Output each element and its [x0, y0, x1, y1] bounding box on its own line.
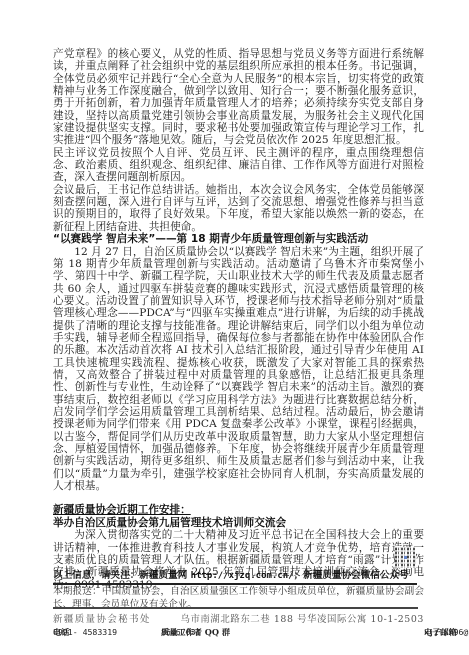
section-heading-upcoming-work: 新疆质量协会近期工作安排：: [53, 504, 424, 516]
paragraph-meeting-summary: 会议最后，王书记作总结讲话。她指出，本次会议会风务实，全体党员能够深刻查摆问题，…: [53, 184, 424, 233]
section-heading-trainer-exchange: 举办自治区质量协会第九届管理技术培训师交流会: [53, 517, 424, 529]
footer-org: 新疆质量协会秘书处: [53, 611, 151, 625]
footer-divider: [53, 607, 418, 609]
spacer: [53, 492, 424, 504]
footer-address: 乌市南湖北路东二巷 188 号华凌国际公寓 10-1-2503: [180, 611, 424, 625]
footer-contact-row: 电话 0991- 4583319 质量工作者 QQ 群 86467031 电子邮…: [53, 627, 424, 639]
paragraph-party-charter: 产党章程》的核心要义，从党的性质、指导思想与党员义务等方面进行系统解读，并重点阐…: [53, 48, 424, 147]
qq-value: 86467031: [161, 627, 200, 637]
follow-prefix: 以上信息，请关注：新疆质量网: [53, 570, 191, 581]
footer-org-row: 新疆质量协会秘书处 乌市南湖北路东二巷 188 号华凌国际公寓 10-1-250…: [53, 611, 424, 623]
phone-value: 0991- 4583319: [53, 627, 117, 637]
qr-code-icon: [395, 547, 416, 568]
qr-code-center: [404, 556, 407, 559]
email-value[interactable]: xjzlxh96@sina.com: [424, 627, 469, 637]
follow-suffix: ；新疆质量协会微信公众号: [294, 570, 409, 581]
document-body: 产党章程》的核心要义，从党的性质、指导思想与党员义务等方面进行系统解读，并重点阐…: [53, 48, 424, 591]
paragraph-democratic-review: 民主评议党员按照个人自评、党员互评、民主测评的程序，重点围绕理想信念、政治素质、…: [53, 147, 424, 184]
section-heading-youth-activity: “以赛践学 智启未来”——第 18 期青少年质量管理创新与实践活动: [53, 233, 424, 245]
website-link[interactable]: http://xjzq.com.cn/: [191, 571, 294, 581]
paragraph-youth-activity: 12 月 27 日，自治区质量协会以“以赛践学 智启未来”为主题，组织开展了第 …: [53, 246, 424, 493]
follow-info: 以上信息，请关注：新疆质量网 http://xjzq.com.cn/；新疆质量协…: [53, 570, 373, 582]
